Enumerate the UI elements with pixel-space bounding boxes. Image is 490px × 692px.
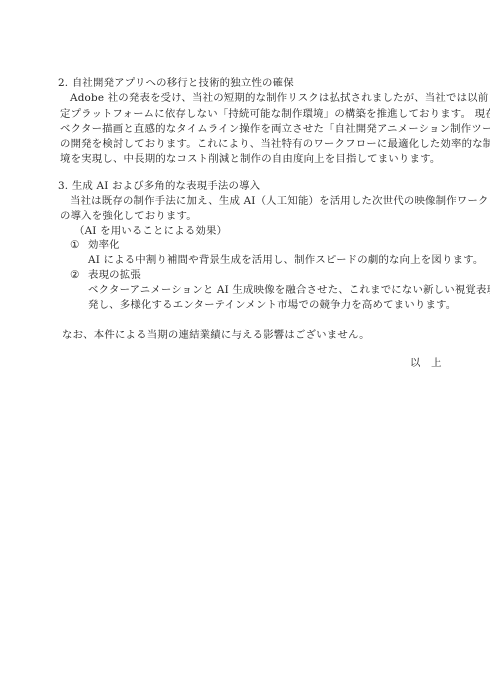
section-2-paragraph-line: ベクター描画と直感的なタイムライン操作を両立させた「自社開発アニメーション制作ツ… [60, 123, 490, 135]
effect-1-title: 効率化 [88, 239, 120, 251]
section-3-heading: 3. 生成 AI および多角的な表現手法の導入 [58, 180, 260, 192]
effect-1-description: AI による中割り補間や背景生成を活用し、制作スピードの劇的な向上を図ります。 [88, 254, 484, 266]
end-mark: 以 上 [410, 357, 442, 369]
section-3-paragraph-line: 当社は既存の制作手法に加え、生成 AI（人工知能）を活用した次世代の映像制作ワー… [70, 195, 490, 207]
section-2-paragraph-line: 境を実現し、中長期的なコスト削減と制作の自由度向上を目指してまいります。 [60, 153, 440, 165]
effect-1-marker: ① [70, 239, 80, 251]
section-2-heading: 2. 自社開発アプリへの移行と技術的独立性の確保 [58, 77, 294, 89]
section-3-paragraph-line: の導入を強化しております。 [60, 210, 197, 222]
closing-note: なお、本件による当期の連結業績に与える影響はございません。 [62, 329, 370, 341]
effect-2-description: ベクターアニメーションと AI 生成映像を融合させた、これまでにない新しい視覚表… [88, 284, 490, 296]
section-2-paragraph-line: Adobe 社の発表を受け、当社の短期的な制作リスクは払拭されましたが、当社では… [70, 92, 490, 104]
section-2-paragraph-line: 定プラットフォームに依存しない「持続可能な制作環境」の構築を推進しております。 … [60, 108, 490, 120]
effects-label: （AI を用いることによる効果） [74, 225, 227, 237]
effect-2-title: 表現の拡張 [88, 269, 141, 281]
effect-2-description: 発し、多様化するエンターテインメント市場での競争力を高めてまいります。 [88, 299, 456, 311]
section-2-paragraph-line: の開発を検討しております。これにより、当社特有のワークフローに最適化した効率的な… [60, 138, 490, 150]
effect-2-marker: ② [70, 269, 80, 281]
